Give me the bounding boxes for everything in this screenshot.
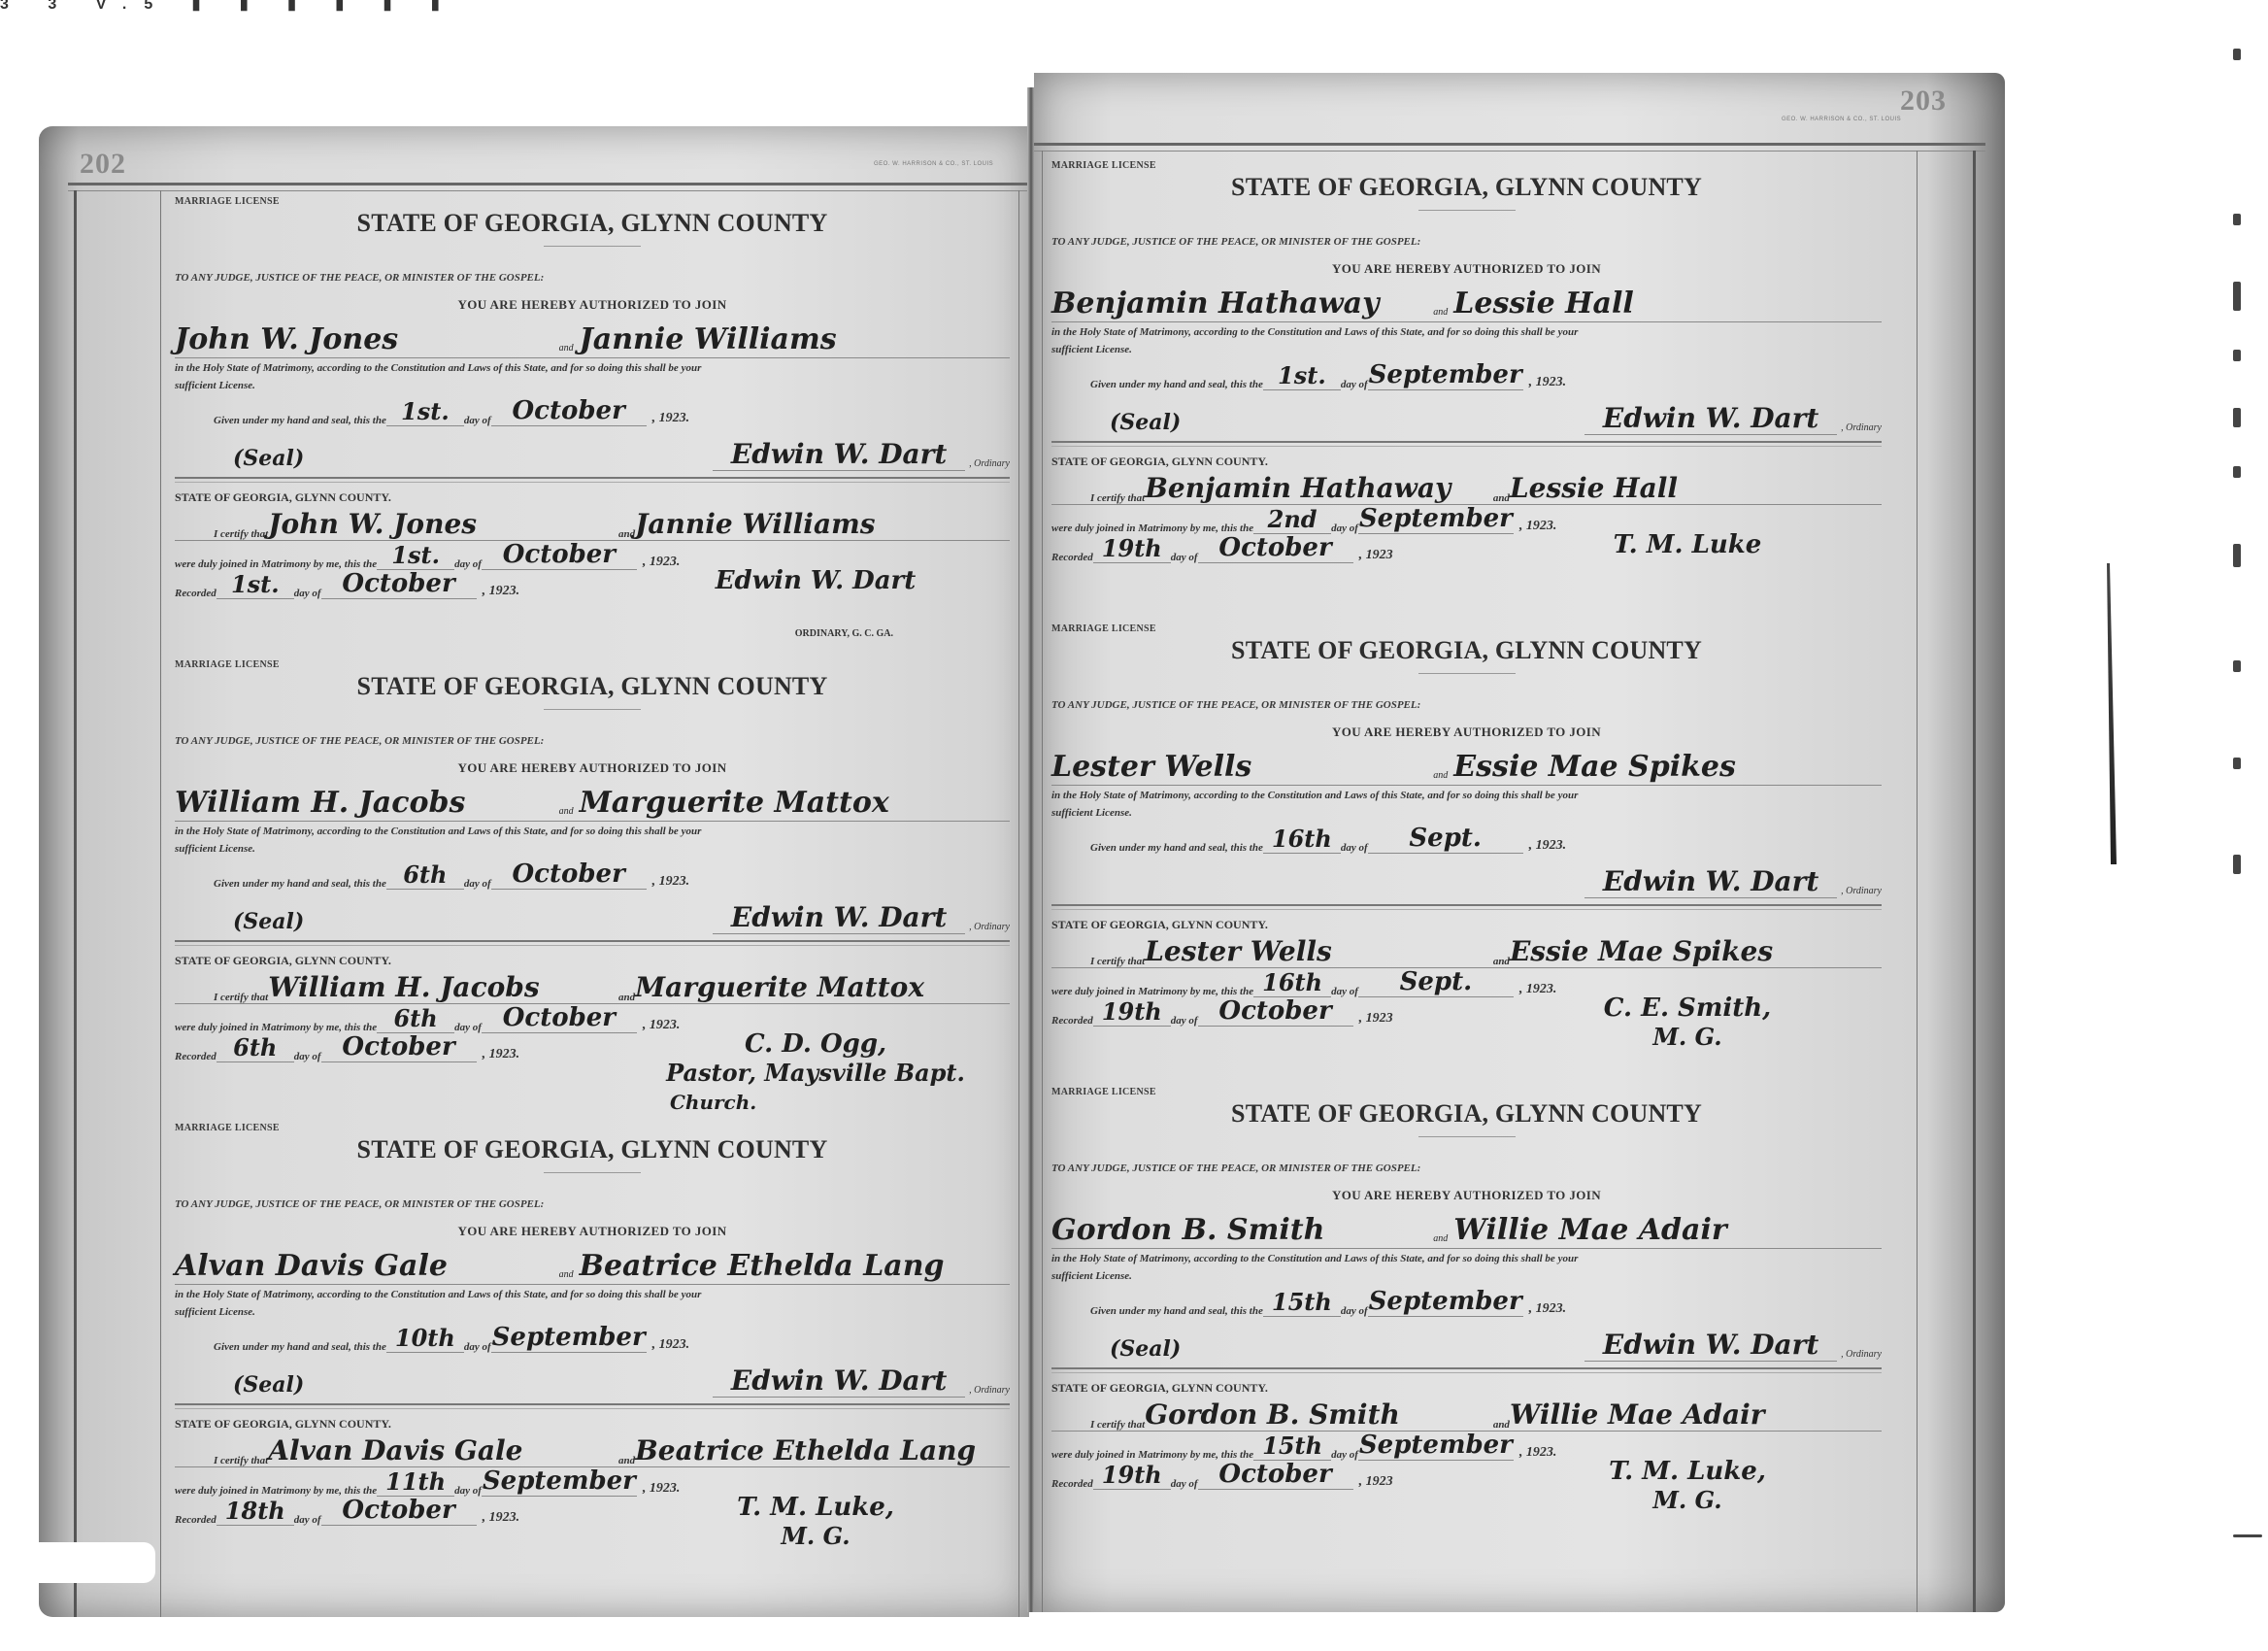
given-label: Given under my hand and seal, this the <box>214 878 386 890</box>
given-label: Given under my hand and seal, this the <box>214 415 386 426</box>
seal-mark: (Seal) <box>1110 1336 1181 1362</box>
bride-name: Marguerite Mattox <box>580 786 889 821</box>
given-year: , 1923. <box>652 874 690 890</box>
given-date-line: Given under my hand and seal, this the 1… <box>1051 1286 1882 1317</box>
bride-name: Lessie Hall <box>1453 286 1633 321</box>
and-label: and <box>559 1269 574 1280</box>
page-number: 203 <box>1900 84 1947 118</box>
divider <box>175 940 1010 946</box>
recorded-day: 19th <box>1093 534 1171 563</box>
license-signature: Edwin W. Dart , Ordinary <box>713 438 1010 471</box>
margin-line <box>1042 151 1043 1612</box>
and-label: and <box>618 992 635 1003</box>
groom-name: Lester Wells <box>1051 750 1433 785</box>
authorization-line: YOU ARE HEREBY AUTHORIZED TO JOIN <box>175 760 1010 776</box>
bride-name: Beatrice Ethelda Lang <box>580 1249 945 1284</box>
seal-signature-line: Edwin W. Dart , Ordinary <box>1051 856 1882 898</box>
margin-line <box>1018 190 1019 1617</box>
given-year: , 1923. <box>1529 375 1567 390</box>
names-line: Benjamin Hathaway and Lessie Hall <box>1051 281 1882 322</box>
joined-day: 15th <box>1253 1432 1331 1461</box>
signer-title: , Ordinary <box>969 922 1010 932</box>
officiant-block: Edwin W. Dart ORDINARY, G. C. GA. <box>175 599 1010 667</box>
joined-month: Sept. <box>1358 967 1514 997</box>
recorded-year: , 1923. <box>483 584 520 599</box>
marriage-license-entry: MARRIAGE LICENSE STATE OF GEORGIA, GLYNN… <box>1051 623 1882 1085</box>
and-label: and <box>1433 307 1448 318</box>
margin-line <box>160 190 161 1617</box>
recorded-month: October <box>321 1032 477 1062</box>
officiant-title: Pastor, Maysville Bapt. <box>650 1059 981 1088</box>
given-month: September <box>1368 1287 1523 1317</box>
address-line: TO ANY JUDGE, JUSTICE OF THE PEACE, OR M… <box>175 272 1010 284</box>
license-text: sufficient License. <box>1051 344 1882 355</box>
joined-month: October <box>482 1003 637 1033</box>
day-of-label: day of <box>1171 1478 1198 1490</box>
form-title: STATE OF GEORGIA, GLYNN COUNTY <box>175 672 1010 701</box>
given-day: 10th <box>386 1324 464 1353</box>
divider <box>1051 441 1882 447</box>
recorded-day: 18th <box>217 1497 294 1526</box>
marriage-license-entry: MARRIAGE LICENSE STATE OF GEORGIA, GLYNN… <box>1051 160 1882 622</box>
and-label: and <box>1493 1419 1510 1431</box>
groom-name: Gordon B. Smith <box>1145 1399 1493 1431</box>
day-of-label: day of <box>1341 379 1368 390</box>
names-line: Alvan Davis Gale and Beatrice Ethelda La… <box>175 1243 1010 1285</box>
form-title: STATE OF GEORGIA, GLYNN COUNTY <box>1051 636 1882 665</box>
recorded-month: October <box>1198 996 1353 1027</box>
license-text: in the Holy State of Matrimony, accordin… <box>1051 1253 1882 1264</box>
given-label: Given under my hand and seal, this the <box>1090 842 1263 854</box>
divider <box>544 1172 641 1173</box>
bride-name: Jannie Williams <box>580 322 837 357</box>
given-year: , 1923. <box>1529 838 1567 854</box>
left-page: 202 GEO. W. HARRISON & CO., ST. LOUIS MA… <box>39 126 1029 1617</box>
ordinary-footer: ORDINARY, G. C. GA. <box>795 628 893 639</box>
day-of-label: day of <box>464 415 491 426</box>
officiant-block: T. M. Luke, M. G. <box>1051 1490 1882 1558</box>
day-of-label: day of <box>1341 842 1368 854</box>
recorded-day: 6th <box>217 1033 294 1062</box>
license-text: in the Holy State of Matrimony, accordin… <box>175 825 1010 837</box>
and-label: and <box>1493 492 1510 504</box>
groom-name: Alvan Davis Gale <box>268 1435 618 1466</box>
recorded-month: October <box>321 1496 477 1526</box>
divider <box>1418 210 1516 211</box>
form-title: STATE OF GEORGIA, GLYNN COUNTY <box>1051 173 1882 202</box>
divider <box>544 246 641 247</box>
certify-label: I certify that <box>214 528 268 540</box>
given-day: 16th <box>1263 825 1341 854</box>
scan-artifact <box>2233 39 2262 1593</box>
names-line: William H. Jacobs and Marguerite Mattox <box>175 780 1010 822</box>
seal-signature-line: (Seal) Edwin W. Dart , Ordinary <box>175 892 1010 934</box>
officiant-title: M. G. <box>650 1522 981 1551</box>
seal-mark: (Seal) <box>233 909 304 934</box>
certificate-heading: STATE OF GEORGIA, GLYNN COUNTY. <box>175 954 1010 968</box>
recorded-label: Recorded <box>1051 552 1093 563</box>
officiant-name: C. D. Ogg, <box>745 1029 886 1059</box>
license-text: sufficient License. <box>175 1306 1010 1318</box>
certify-label: I certify that <box>214 1455 268 1466</box>
address-line: TO ANY JUDGE, JUSTICE OF THE PEACE, OR M… <box>1051 1162 1882 1174</box>
divider <box>1051 1367 1882 1373</box>
authorization-line: YOU ARE HEREBY AUTHORIZED TO JOIN <box>1051 1188 1882 1203</box>
certify-label: I certify that <box>1090 1419 1145 1431</box>
entry-label: MARRIAGE LICENSE <box>175 1123 1010 1133</box>
joined-day: 11th <box>377 1467 454 1497</box>
entry-label: MARRIAGE LICENSE <box>175 659 1010 670</box>
scan-artifact <box>2107 563 2117 864</box>
and-label: and <box>618 1455 635 1466</box>
license-text: in the Holy State of Matrimony, accordin… <box>1051 790 1882 801</box>
recorded-day: 19th <box>1093 997 1171 1027</box>
and-label: and <box>1493 956 1510 967</box>
printer-mark: GEO. W. HARRISON & CO., ST. LOUIS <box>874 161 993 167</box>
license-text: in the Holy State of Matrimony, accordin… <box>1051 326 1882 338</box>
certify-label: I certify that <box>1090 956 1145 967</box>
day-of-label: day of <box>1341 1305 1368 1317</box>
page-number: 202 <box>80 148 126 181</box>
divider <box>1418 673 1516 674</box>
marriage-license-entry: MARRIAGE LICENSE STATE OF GEORGIA, GLYNN… <box>175 196 1010 657</box>
bride-name: Willie Mae Adair <box>1510 1399 1765 1431</box>
recorded-year: , 1923 <box>1359 548 1393 563</box>
officiant-block: T. M. Luke <box>1051 563 1882 631</box>
bride-name: Willie Mae Adair <box>1453 1213 1726 1248</box>
recorded-month: October <box>1198 533 1353 563</box>
and-label: and <box>559 343 574 354</box>
given-month: Sept. <box>1368 824 1523 854</box>
ordinary-signature: Edwin W. Dart <box>1584 402 1837 435</box>
certificate-heading: STATE OF GEORGIA, GLYNN COUNTY. <box>1051 1381 1882 1396</box>
certificate-names-line: I certify that Gordon B. Smith and Willi… <box>1051 1396 1882 1432</box>
given-date-line: Given under my hand and seal, this the 1… <box>1051 823 1882 854</box>
day-of-label: day of <box>464 1341 491 1353</box>
officiant-signature: Edwin W. Dart <box>650 566 981 595</box>
ordinary-signature: Edwin W. Dart <box>713 438 965 471</box>
entries: MARRIAGE LICENSE STATE OF GEORGIA, GLYNN… <box>175 194 1010 1584</box>
bride-name: Jannie Williams <box>635 509 875 540</box>
bride-name: Essie Mae Spikes <box>1510 936 1773 967</box>
recorded-day: 1st. <box>217 570 294 599</box>
certificate-heading: STATE OF GEORGIA, GLYNN COUNTY. <box>175 1417 1010 1432</box>
seal-mark: (Seal) <box>1110 410 1181 435</box>
margin-line <box>1973 151 1976 1612</box>
form-title: STATE OF GEORGIA, GLYNN COUNTY <box>175 1135 1010 1164</box>
form-title: STATE OF GEORGIA, GLYNN COUNTY <box>1051 1099 1882 1129</box>
certificate-names-line: I certify that William H. Jacobs and Mar… <box>175 968 1010 1004</box>
given-month: September <box>491 1323 647 1353</box>
given-label: Given under my hand and seal, this the <box>214 1341 386 1353</box>
marriage-license-entry: MARRIAGE LICENSE STATE OF GEORGIA, GLYNN… <box>1051 1087 1882 1548</box>
certificate-heading: STATE OF GEORGIA, GLYNN COUNTY. <box>1051 918 1882 932</box>
divider <box>1051 904 1882 910</box>
joined-day: 16th <box>1253 968 1331 997</box>
seal-mark: (Seal) <box>233 446 304 471</box>
recorded-label: Recorded <box>175 1514 217 1526</box>
given-date-line: Given under my hand and seal, this the 1… <box>175 1322 1010 1353</box>
header-rule <box>1034 143 1985 152</box>
certify-label: I certify that <box>214 992 268 1003</box>
joined-day: 1st. <box>377 541 454 570</box>
certificate-heading: STATE OF GEORGIA, GLYNN COUNTY. <box>1051 455 1882 469</box>
day-of-label: day of <box>294 1514 321 1526</box>
given-day: 6th <box>386 860 464 890</box>
officiant-signature: C. D. Ogg, Pastor, Maysville Bapt. Churc… <box>650 1029 981 1117</box>
recorded-year: , 1923. <box>483 1510 520 1526</box>
given-year: , 1923. <box>1529 1301 1567 1317</box>
scan-artifact <box>29 1542 155 1583</box>
day-of-label: day of <box>464 878 491 890</box>
names-line: Lester Wells and Essie Mae Spikes <box>1051 744 1882 786</box>
joined-month: October <box>482 540 637 570</box>
divider <box>175 477 1010 483</box>
right-page: 203 GEO. W. HARRISON & CO., ST. LOUIS MA… <box>1034 73 2005 1612</box>
seal-mark: (Seal) <box>233 1372 304 1398</box>
entry-label: MARRIAGE LICENSE <box>175 196 1010 207</box>
given-label: Given under my hand and seal, this the <box>1090 1305 1263 1317</box>
bride-name: Lessie Hall <box>1510 473 1678 504</box>
marriage-license-entry: MARRIAGE LICENSE STATE OF GEORGIA, GLYNN… <box>175 659 1010 1121</box>
signer-title: , Ordinary <box>1841 422 1882 433</box>
officiant-title: M. G. <box>1522 1486 1852 1515</box>
day-of-label: day of <box>294 588 321 599</box>
officiant-block: C. D. Ogg, Pastor, Maysville Bapt. Churc… <box>175 1062 1010 1130</box>
groom-name: Gordon B. Smith <box>1051 1213 1433 1248</box>
names-line: Gordon B. Smith and Willie Mae Adair <box>1051 1207 1882 1249</box>
signer-title: , Ordinary <box>1841 1349 1882 1360</box>
given-day: 15th <box>1263 1288 1341 1317</box>
seal-signature-line: (Seal) Edwin W. Dart , Ordinary <box>1051 1319 1882 1362</box>
signer-title: , Ordinary <box>969 458 1010 469</box>
recorded-label: Recorded <box>1051 1478 1093 1490</box>
groom-name: William H. Jacobs <box>175 786 559 821</box>
license-signature: Edwin W. Dart , Ordinary <box>1584 865 1882 898</box>
joined-day: 2nd <box>1253 505 1331 534</box>
names-line: John W. Jones and Jannie Williams <box>175 317 1010 358</box>
bride-name: Marguerite Mattox <box>635 972 924 1003</box>
recorded-label: Recorded <box>175 588 217 599</box>
day-of-label: day of <box>1171 1015 1198 1027</box>
ordinary-signature: Edwin W. Dart <box>713 1365 965 1398</box>
seal-signature-line: (Seal) Edwin W. Dart , Ordinary <box>175 428 1010 471</box>
groom-name: Alvan Davis Gale <box>175 1249 559 1284</box>
recorded-label: Recorded <box>175 1051 217 1062</box>
form-title: STATE OF GEORGIA, GLYNN COUNTY <box>175 209 1010 238</box>
joined-day: 6th <box>377 1004 454 1033</box>
ledger-book: 202 GEO. W. HARRISON & CO., ST. LOUIS MA… <box>29 68 2019 1622</box>
bride-name: Essie Mae Spikes <box>1453 750 1736 785</box>
divider <box>175 1403 1010 1409</box>
printer-mark: GEO. W. HARRISON & CO., ST. LOUIS <box>1782 117 1901 122</box>
address-line: TO ANY JUDGE, JUSTICE OF THE PEACE, OR M… <box>175 1198 1010 1210</box>
authorization-line: YOU ARE HEREBY AUTHORIZED TO JOIN <box>175 297 1010 313</box>
certificate-heading: STATE OF GEORGIA, GLYNN COUNTY. <box>175 490 1010 505</box>
and-label: and <box>559 806 574 817</box>
license-text: in the Holy State of Matrimony, accordin… <box>175 1289 1010 1300</box>
given-year: , 1923. <box>652 1337 690 1353</box>
license-text: sufficient License. <box>175 843 1010 855</box>
entry-label: MARRIAGE LICENSE <box>1051 623 1882 634</box>
license-text: in the Holy State of Matrimony, accordin… <box>175 362 1010 374</box>
given-month: October <box>491 859 647 890</box>
given-month: September <box>1368 360 1523 390</box>
groom-name: Benjamin Hathaway <box>1051 286 1433 321</box>
license-text: sufficient License. <box>1051 1270 1882 1282</box>
certificate-names-line: I certify that Benjamin Hathaway and Les… <box>1051 469 1882 505</box>
joined-month: September <box>1358 1431 1514 1461</box>
officiant-name: T. M. Luke, <box>737 1493 894 1522</box>
officiant-signature: T. M. Luke, M. G. <box>650 1493 981 1551</box>
recorded-month: October <box>1198 1460 1353 1490</box>
ordinary-signature: Edwin W. Dart <box>713 901 965 934</box>
given-year: , 1923. <box>652 411 690 426</box>
entry-label: MARRIAGE LICENSE <box>1051 1087 1882 1097</box>
recorded-day: 19th <box>1093 1461 1171 1490</box>
officiant-signature: T. M. Luke <box>1522 530 1852 559</box>
recorded-year: , 1923. <box>483 1047 520 1062</box>
joined-month: September <box>1358 504 1514 534</box>
entries: MARRIAGE LICENSE STATE OF GEORGIA, GLYNN… <box>1051 158 1882 1548</box>
divider <box>544 709 641 710</box>
day-of-label: day of <box>294 1051 321 1062</box>
margin-line <box>74 190 77 1617</box>
license-text: sufficient License. <box>175 380 1010 391</box>
signer-title: , Ordinary <box>969 1385 1010 1396</box>
officiant-signature: T. M. Luke, M. G. <box>1522 1457 1852 1515</box>
license-signature: Edwin W. Dart , Ordinary <box>713 1365 1010 1398</box>
authorization-line: YOU ARE HEREBY AUTHORIZED TO JOIN <box>175 1224 1010 1239</box>
margin-line <box>1917 151 1918 1612</box>
recorded-month: October <box>321 569 477 599</box>
officiant-name: C. E. Smith, <box>1604 994 1771 1023</box>
given-day: 1st. <box>386 397 464 426</box>
address-line: TO ANY JUDGE, JUSTICE OF THE PEACE, OR M… <box>175 735 1010 747</box>
and-label: and <box>1433 770 1448 781</box>
license-signature: Edwin W. Dart , Ordinary <box>1584 402 1882 435</box>
address-line: TO ANY JUDGE, JUSTICE OF THE PEACE, OR M… <box>1051 236 1882 248</box>
address-line: TO ANY JUDGE, JUSTICE OF THE PEACE, OR M… <box>1051 699 1882 711</box>
groom-name: Benjamin Hathaway <box>1145 473 1493 504</box>
license-signature: Edwin W. Dart , Ordinary <box>713 901 1010 934</box>
bride-name: Beatrice Ethelda Lang <box>635 1435 976 1466</box>
certify-label: I certify that <box>1090 492 1145 504</box>
given-date-line: Given under my hand and seal, this the 6… <box>175 859 1010 890</box>
recorded-label: Recorded <box>1051 1015 1093 1027</box>
seal-signature-line: (Seal) Edwin W. Dart , Ordinary <box>175 1355 1010 1398</box>
officiant-name: T. M. Luke, <box>1609 1457 1766 1486</box>
officiant-block: C. E. Smith, M. G. <box>1051 1027 1882 1095</box>
ordinary-signature: Edwin W. Dart <box>1584 1329 1837 1362</box>
scan-reference-marks: 3 3 V.5 ▮ ▮ ▮ ▮ ▮ ▮ <box>0 0 583 14</box>
given-date-line: Given under my hand and seal, this the 1… <box>1051 359 1882 390</box>
certificate-names-line: I certify that John W. Jones and Jannie … <box>175 505 1010 541</box>
given-date-line: Given under my hand and seal, this the 1… <box>175 395 1010 426</box>
divider <box>1418 1136 1516 1137</box>
groom-name: John W. Jones <box>268 509 618 540</box>
officiant-block: T. M. Luke, M. G. <box>175 1526 1010 1594</box>
groom-name: William H. Jacobs <box>268 972 618 1003</box>
officiant-title-cont: Church. <box>650 1088 981 1117</box>
recorded-year: , 1923 <box>1359 1011 1393 1027</box>
ordinary-signature: Edwin W. Dart <box>1584 865 1837 898</box>
given-label: Given under my hand and seal, this the <box>1090 379 1263 390</box>
groom-name: Lester Wells <box>1145 936 1493 967</box>
officiant-name: T. M. Luke <box>1614 530 1762 559</box>
marriage-license-entry: MARRIAGE LICENSE STATE OF GEORGIA, GLYNN… <box>175 1123 1010 1584</box>
officiant-title: M. G. <box>1522 1023 1852 1052</box>
recorded-year: , 1923 <box>1359 1474 1393 1490</box>
license-signature: Edwin W. Dart , Ordinary <box>1584 1329 1882 1362</box>
officiant-signature: C. E. Smith, M. G. <box>1522 994 1852 1052</box>
officiant-name: Edwin W. Dart <box>716 566 917 595</box>
certificate-names-line: I certify that Alvan Davis Gale and Beat… <box>175 1432 1010 1467</box>
and-label: and <box>1433 1233 1448 1244</box>
and-label: and <box>618 528 635 540</box>
header-rule <box>68 183 1029 191</box>
groom-name: John W. Jones <box>175 322 559 357</box>
authorization-line: YOU ARE HEREBY AUTHORIZED TO JOIN <box>1051 261 1882 277</box>
signer-title: , Ordinary <box>1841 886 1882 896</box>
seal-signature-line: (Seal) Edwin W. Dart , Ordinary <box>1051 392 1882 435</box>
authorization-line: YOU ARE HEREBY AUTHORIZED TO JOIN <box>1051 724 1882 740</box>
joined-month: September <box>482 1466 637 1497</box>
day-of-label: day of <box>1171 552 1198 563</box>
certificate-names-line: I certify that Lester Wells and Essie Ma… <box>1051 932 1882 968</box>
given-day: 1st. <box>1263 361 1341 390</box>
entry-label: MARRIAGE LICENSE <box>1051 160 1882 171</box>
given-month: October <box>491 396 647 426</box>
license-text: sufficient License. <box>1051 807 1882 819</box>
